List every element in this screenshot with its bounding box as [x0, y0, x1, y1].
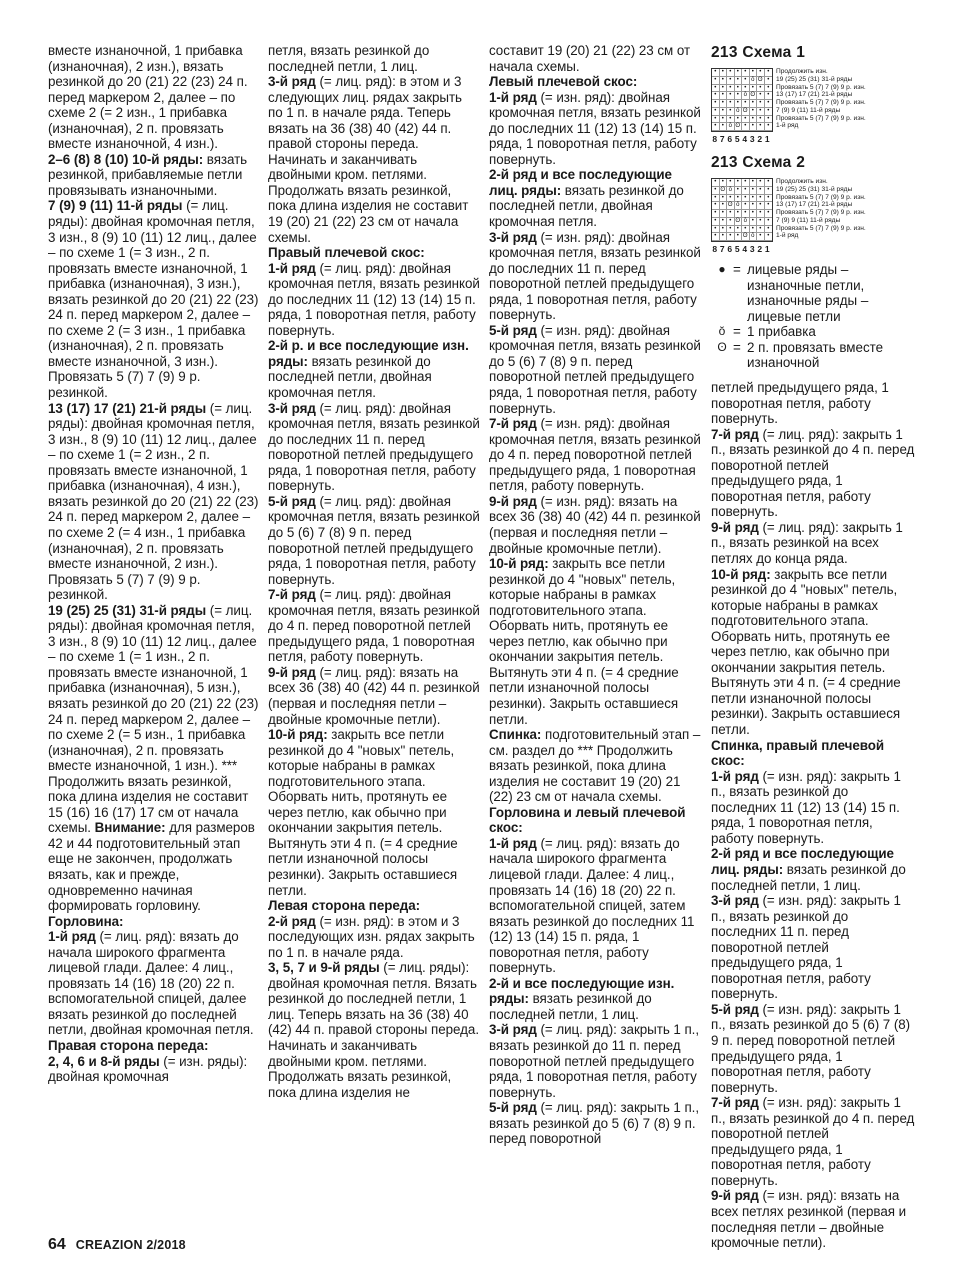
paragraph: петлей предыдущего ряда, 1 поворотная пе…	[711, 380, 916, 427]
purl-two-together-icon: ʘ	[735, 218, 743, 226]
dot-icon: •	[735, 179, 743, 187]
knitting-chart-2: 213 Схема 2 •••••••••ʘŏ•••••••••••••••ʘŏ…	[711, 154, 926, 254]
dot-icon: •	[735, 233, 743, 241]
purl-two-together-icon: ʘ	[735, 123, 743, 131]
dot-icon: •	[727, 85, 735, 93]
chart-column-numbers: 87654321	[711, 134, 926, 144]
body-text: Начинать и заканчивать двойными кром. пе…	[268, 1038, 451, 1100]
bold-heading: 3-й ряд	[489, 1022, 537, 1037]
dot-icon: •	[750, 195, 758, 203]
paragraph: Спинка, правый плечевой скос:	[711, 738, 916, 769]
increase-icon: ŏ	[711, 324, 733, 340]
column-number: 6	[726, 244, 734, 254]
dot-icon: •	[720, 195, 728, 203]
legend-text: 2 п. провязать вместе изнаночной	[747, 340, 921, 371]
purl-two-together-icon: ʘ	[720, 187, 728, 195]
column-number: 2	[756, 244, 764, 254]
text-column-3: составит 19 (20) 21 (22) 23 см от начала…	[489, 43, 701, 1147]
dot-icon: •	[765, 202, 773, 210]
dot-icon: •	[742, 116, 750, 124]
dot-icon: •	[712, 226, 720, 234]
paragraph: 10-й ряд: закрыть все петли резинкой до …	[489, 556, 701, 727]
bold-heading: Горловина и левый плечевой скос:	[489, 805, 685, 836]
paragraph: 19 (25) 25 (31) 31-й ряды (= лиц. ряды):…	[48, 603, 260, 914]
dot-icon: •	[720, 179, 728, 187]
bold-heading: 5-й ряд	[489, 323, 537, 338]
dot-icon: •	[727, 195, 735, 203]
chart-row-label: 13 (17) 17 (21) 21-й ряды	[776, 201, 866, 209]
dot-icon: •	[735, 210, 743, 218]
paragraph: 5-й ряд (= лиц. ряд): закрыть 1 п., вяза…	[489, 1100, 701, 1147]
bold-heading: Горловина:	[48, 914, 123, 929]
page-number: 64	[48, 1236, 66, 1254]
dot-icon: •	[765, 108, 773, 116]
bold-heading: 7-й ряд	[489, 416, 537, 431]
paragraph: 3-й ряд (= лиц. ряд): закрыть 1 п., вяза…	[489, 1022, 701, 1100]
dot-icon: •	[735, 85, 743, 93]
text-column-1: вместе изнаночной, 1 прибавка (изнаночна…	[48, 43, 260, 1085]
dot-icon: •	[757, 123, 765, 131]
paragraph: петля, вязать резинкой до последней петл…	[268, 43, 480, 74]
dot-icon: •	[757, 233, 765, 241]
column-number: 4	[741, 244, 749, 254]
chart-title: 213 Схема 2	[711, 154, 926, 172]
dot-icon: •	[750, 85, 758, 93]
purl-two-together-icon: ʘ	[742, 108, 750, 116]
paragraph: Правая сторона переда:	[48, 1038, 260, 1054]
dot-icon: •	[712, 108, 720, 116]
dot-icon: •	[727, 108, 735, 116]
bold-heading: 1-й ряд	[489, 90, 537, 105]
dot-icon: •	[727, 92, 735, 100]
chart-column-numbers: 87654321	[711, 244, 926, 254]
paragraph: 3-й ряд (= изн. ряд): закрыть 1 п., вяза…	[711, 893, 916, 1002]
dot-icon: •	[720, 233, 728, 241]
paragraph: 2-й ряд и все последующие лиц. ряды: вяз…	[711, 846, 916, 893]
body-text: петля, вязать резинкой до последней петл…	[268, 43, 429, 74]
text-column-4: петлей предыдущего ряда, 1 поворотная пе…	[711, 380, 916, 1251]
bold-heading: 3, 5, 7 и 9-й ряды	[268, 960, 380, 975]
dot-icon: •	[757, 179, 765, 187]
paragraph: Начинать и заканчивать двойными кром. пе…	[268, 1038, 480, 1100]
dot-icon: •	[712, 85, 720, 93]
dot-icon: •	[757, 226, 765, 234]
dot-icon: •	[765, 195, 773, 203]
chart-row-label: 7 (9) 9 (11) 11-й ряды	[776, 107, 866, 115]
paragraph: 1-й ряд (= лиц. ряд): двойная кромочная …	[268, 261, 480, 339]
equals-sign: =	[733, 262, 747, 324]
dot-icon: •	[712, 187, 720, 195]
chart-row-label: 19 (25) 25 (31) 31-й ряды	[776, 76, 866, 84]
column-number: 5	[734, 134, 742, 144]
purl-two-together-icon: ʘ	[742, 233, 750, 241]
dot-icon: •	[750, 202, 758, 210]
paragraph: Левый плечевой скос:	[489, 74, 701, 90]
paragraph: 1-й ряд (= лиц. ряд): вязать до начала ш…	[48, 929, 260, 1038]
bold-heading: 7-й ряд	[711, 1095, 759, 1110]
chart-row-label: Продолжить изн.	[776, 68, 866, 76]
bold-heading: 2, 4, 6 и 8-й ряды	[48, 1054, 160, 1069]
equals-sign: =	[733, 324, 747, 340]
dot-icon: •	[742, 77, 750, 85]
paragraph: 7-й ряд (= лиц. ряд): двойная кромочная …	[268, 587, 480, 665]
legend-item: ŏ = 1 прибавка	[711, 324, 921, 340]
dot-icon: •	[742, 187, 750, 195]
dot-icon: •	[765, 218, 773, 226]
paragraph: 10-й ряд: закрыть все петли резинкой до …	[711, 567, 916, 738]
dot-icon: •	[712, 179, 720, 187]
paragraph: 9-й ряд (= лиц. ряд): вязать на всех 36 …	[268, 665, 480, 727]
dot-icon: •	[720, 116, 728, 124]
dot-icon: •	[712, 218, 720, 226]
dot-icon: •	[712, 77, 720, 85]
dot-icon: •	[735, 187, 743, 195]
body-text: (= лиц. ряды): двойная кромочная петля, …	[48, 401, 258, 571]
column-number: 7	[719, 244, 727, 254]
increase-icon: ŏ	[727, 187, 735, 195]
body-text: закрыть все петли резинкой до 4 "новых" …	[489, 556, 679, 726]
paragraph: Провязать 5 (7) 7 (9) 9 р. резинкой.	[48, 572, 260, 603]
dot-icon: •	[720, 218, 728, 226]
legend-item: ● = лицевые ряды – изнаночные петли, изн…	[711, 262, 921, 324]
paragraph: 13 (17) 17 (21) 21-й ряды (= лиц. ряды):…	[48, 401, 260, 572]
paragraph: 3-й ряд (= лиц. ряд): в этом и 3 следующ…	[268, 74, 480, 152]
dot-icon: •	[742, 69, 750, 77]
bold-heading: 7-й ряд	[268, 587, 316, 602]
dot-icon: •	[712, 210, 720, 218]
bold-heading: 1-й ряд	[48, 929, 96, 944]
paragraph: 2-й и все последующие изн. ряды: вязать …	[489, 976, 701, 1023]
dot-icon: •	[742, 195, 750, 203]
dot-icon: •	[757, 202, 765, 210]
column-number: 5	[734, 244, 742, 254]
bold-heading: Спинка, правый плечевой скос:	[711, 738, 884, 769]
body-text: (= лиц. ряды): двойная кромочная петля, …	[48, 198, 258, 368]
legend-item: ʘ = 2 п. провязать вместе изнаночной	[711, 340, 921, 371]
dot-icon: •	[757, 187, 765, 195]
dot-icon: •	[735, 69, 743, 77]
dot-icon: •	[750, 210, 758, 218]
paragraph: 2–6 (8) 8 (10) 10-й ряды: вязать резинко…	[48, 152, 260, 199]
bold-heading: Правый плечевой скос:	[268, 245, 425, 260]
paragraph: 3-й ряд (= лиц. ряд): двойная кромочная …	[268, 401, 480, 494]
dot-icon: •	[735, 116, 743, 124]
paragraph: Правый плечевой скос:	[268, 245, 480, 261]
body-text: (= изн. ряд): закрыть 1 п., вязать резин…	[711, 893, 901, 1001]
bold-heading: 1-й ряд	[711, 769, 759, 784]
body-text: Провязать 5 (7) 7 (9) 9 р. резинкой.	[48, 369, 200, 400]
paragraph: 9-й ряд (= изн. ряд): вязать на всех 36 …	[489, 494, 701, 556]
dot-icon: •	[712, 233, 720, 241]
legend-text: 1 прибавка	[747, 324, 921, 340]
dot-icon: •	[720, 202, 728, 210]
increase-icon: ŏ	[742, 92, 750, 100]
dot-icon: •	[757, 92, 765, 100]
bold-heading: 10-й ряд:	[711, 567, 771, 582]
text-column-2: петля, вязать резинкой до последней петл…	[268, 43, 480, 1100]
dot-icon: •	[757, 108, 765, 116]
dot-icon: ●	[711, 262, 733, 324]
dot-icon: •	[712, 92, 720, 100]
chart-row-label: Провязать 5 (7) 7 (9) 9 р. изн.	[776, 99, 866, 107]
dot-icon: •	[735, 77, 743, 85]
bold-heading: Спинка:	[489, 727, 541, 742]
dot-icon: •	[765, 85, 773, 93]
column-number: 7	[719, 134, 727, 144]
chart-row-labels: Продолжить изн.19 (25) 25 (31) 31-й ряды…	[776, 68, 866, 132]
paragraph: вместе изнаночной, 1 прибавка (изнаночна…	[48, 43, 260, 152]
paragraph: 2, 4, 6 и 8-й ряды (= изн. ряды): двойна…	[48, 1054, 260, 1085]
dot-icon: •	[750, 187, 758, 195]
column-number: 3	[749, 244, 757, 254]
dot-icon: •	[742, 85, 750, 93]
bold-heading: 5-й ряд	[268, 494, 316, 509]
bold-heading: 3-й ряд	[489, 230, 537, 245]
page-footer: 64 CREAZION 2/2018	[48, 1236, 186, 1254]
bold-heading: 9-й ряд	[711, 1188, 759, 1203]
dot-icon: •	[720, 92, 728, 100]
purl-two-together-icon: ʘ	[727, 202, 735, 210]
bold-heading: 2–6 (8) 8 (10) 10-й ряды:	[48, 152, 203, 167]
dot-icon: •	[727, 100, 735, 108]
bold-heading: 7-й ряд	[711, 427, 759, 442]
paragraph: 5-й ряд (= изн. ряд): двойная кромочная …	[489, 323, 701, 416]
column-number: 8	[711, 134, 719, 144]
chart-row-labels: Продолжить изн.19 (25) 25 (31) 31-й ряды…	[776, 178, 866, 242]
dot-icon: •	[727, 226, 735, 234]
dot-icon: •	[765, 210, 773, 218]
dot-icon: •	[750, 123, 758, 131]
magazine-issue: CREAZION 2/2018	[76, 1238, 186, 1252]
dot-icon: •	[750, 100, 758, 108]
chart-title: 213 Схема 1	[711, 44, 926, 62]
chart-row-label: Провязать 5 (7) 7 (9) 9 р. изн.	[776, 209, 866, 217]
column-number: 6	[726, 134, 734, 144]
paragraph: 7 (9) 9 (11) 11-й ряды (= лиц. ряды): дв…	[48, 198, 260, 369]
dot-icon: •	[735, 226, 743, 234]
increase-icon: ŏ	[750, 77, 758, 85]
increase-icon: ŏ	[735, 202, 743, 210]
bold-heading: Внимание:	[95, 820, 166, 835]
paragraph: 1-й ряд (= лиц. ряд): вязать до начала ш…	[489, 836, 701, 976]
paragraph: Горловина и левый плечевой скос:	[489, 805, 701, 836]
column-number: 2	[756, 134, 764, 144]
increase-icon: ŏ	[750, 233, 758, 241]
chart-row-label: 13 (17) 17 (21) 21-й ряды	[776, 91, 866, 99]
dot-icon: •	[727, 69, 735, 77]
dot-icon: •	[750, 179, 758, 187]
magazine-page: вместе изнаночной, 1 прибавка (изнаночна…	[0, 0, 960, 1279]
paragraph: 3-й ряд (= изн. ряд): двойная кромочная …	[489, 230, 701, 323]
dot-icon: •	[750, 116, 758, 124]
paragraph: Левая сторона переда:	[268, 898, 480, 914]
dot-icon: •	[712, 195, 720, 203]
dot-icon: •	[720, 69, 728, 77]
dot-icon: •	[765, 100, 773, 108]
body-text: (= лиц. ряды): двойная кромочная петля, …	[48, 603, 258, 836]
increase-icon: ŏ	[742, 218, 750, 226]
bold-heading: Правая сторона переда:	[48, 1038, 208, 1053]
paragraph: 1-й ряд (= изн. ряд): закрыть 1 п., вяза…	[711, 769, 916, 847]
purl-two-together-icon: ʘ	[711, 340, 733, 371]
paragraph: 2-й ряд (= изн. ряд): в этом и 3 последу…	[268, 914, 480, 961]
dot-icon: •	[750, 218, 758, 226]
body-text: составит 19 (20) 21 (22) 23 см от начала…	[489, 43, 690, 74]
dot-icon: •	[742, 202, 750, 210]
dot-icon: •	[765, 187, 773, 195]
body-text: петлей предыдущего ряда, 1 поворотная пе…	[711, 380, 889, 426]
chart-row-label: Продолжить изн.	[776, 178, 866, 186]
dot-icon: •	[727, 233, 735, 241]
bold-heading: 9-й ряд	[268, 665, 316, 680]
bold-heading: 10-й ряд:	[489, 556, 549, 571]
chart-row-label: 1-й ряд	[776, 232, 866, 240]
bold-heading: Левый плечевой скос:	[489, 74, 637, 89]
paragraph: 10-й ряд: закрыть все петли резинкой до …	[268, 727, 480, 898]
dot-icon: •	[757, 218, 765, 226]
dot-icon: •	[757, 195, 765, 203]
dot-icon: •	[735, 92, 743, 100]
dot-icon: •	[720, 108, 728, 116]
body-text: (= лиц. ряд): вязать до начала широкого …	[48, 929, 254, 1037]
dot-icon: •	[757, 85, 765, 93]
knitting-chart-1: 213 Схема 1 •••••••••••••ŏʘ•••••••••••••…	[711, 44, 926, 144]
column-number: 1	[764, 134, 772, 144]
body-text: (= лиц. ряд): вязать до начала широкого …	[489, 836, 694, 975]
bold-heading: 19 (25) 25 (31) 31-й ряды	[48, 603, 206, 618]
chart-legend: ● = лицевые ряды – изнаночные петли, изн…	[711, 262, 921, 371]
dot-icon: •	[712, 69, 720, 77]
dot-icon: •	[712, 116, 720, 124]
column-number: 4	[741, 134, 749, 144]
dot-icon: •	[742, 123, 750, 131]
paragraph: 5-й ряд (= изн. ряд): закрыть 1 п., вяза…	[711, 1002, 916, 1095]
bold-heading: 3-й ряд	[711, 893, 759, 908]
body-text: Провязать 5 (7) 7 (9) 9 р. резинкой.	[48, 572, 200, 603]
paragraph: Начинать и заканчивать двойными кром. пе…	[268, 152, 480, 245]
paragraph: составит 19 (20) 21 (22) 23 см от начала…	[489, 43, 701, 74]
dot-icon: •	[727, 116, 735, 124]
dot-icon: •	[750, 108, 758, 116]
dot-icon: •	[750, 69, 758, 77]
legend-text: лицевые ряды – изнаночные петли, изнаноч…	[747, 262, 921, 324]
paragraph: 2-й ряд и все последующие лиц. ряды: вяз…	[489, 167, 701, 229]
dot-icon: •	[765, 69, 773, 77]
dot-icon: •	[742, 226, 750, 234]
dot-icon: •	[735, 100, 743, 108]
bold-heading: 13 (17) 17 (21) 21-й ряды	[48, 401, 206, 416]
bold-heading: 9-й ряд	[489, 494, 537, 509]
paragraph: Спинка: подготовительный этап – см. разд…	[489, 727, 701, 805]
dot-icon: •	[757, 210, 765, 218]
bold-heading: 2-й ряд	[268, 914, 316, 929]
dot-icon: •	[742, 210, 750, 218]
increase-icon: ŏ	[735, 108, 743, 116]
dot-icon: •	[720, 123, 728, 131]
paragraph: Провязать 5 (7) 7 (9) 9 р. резинкой.	[48, 369, 260, 400]
dot-icon: •	[720, 210, 728, 218]
purl-two-together-icon: ʘ	[750, 92, 758, 100]
dot-icon: •	[712, 202, 720, 210]
bold-heading: 1-й ряд	[489, 836, 537, 851]
dot-icon: •	[757, 100, 765, 108]
increase-icon: ŏ	[727, 123, 735, 131]
dot-icon: •	[742, 179, 750, 187]
equals-sign: =	[733, 340, 747, 371]
dot-icon: •	[712, 123, 720, 131]
chart-row-label: 19 (25) 25 (31) 31-й ряды	[776, 186, 866, 194]
dot-icon: •	[735, 195, 743, 203]
purl-two-together-icon: ʘ	[757, 77, 765, 85]
dot-icon: •	[757, 69, 765, 77]
dot-icon: •	[765, 116, 773, 124]
body-text: вместе изнаночной, 1 прибавка (изнаночна…	[48, 43, 248, 151]
paragraph: 1-й ряд (= изн. ряд): двойная кромочная …	[489, 90, 701, 168]
dot-icon: •	[727, 179, 735, 187]
bold-heading: 9-й ряд	[711, 520, 759, 535]
body-text: закрыть все петли резинкой до 4 "новых" …	[268, 727, 458, 897]
dot-icon: •	[765, 77, 773, 85]
dot-icon: •	[720, 77, 728, 85]
paragraph: 7-й ряд (= изн. ряд): закрыть 1 п., вяза…	[711, 1095, 916, 1188]
bold-heading: 3-й ряд	[268, 74, 316, 89]
dot-icon: •	[765, 233, 773, 241]
dot-icon: •	[765, 92, 773, 100]
paragraph: 7-й ряд (= лиц. ряд): закрыть 1 п., вяза…	[711, 427, 916, 520]
dot-icon: •	[720, 85, 728, 93]
dot-icon: •	[765, 226, 773, 234]
dot-icon: •	[757, 116, 765, 124]
bold-heading: 5-й ряд	[489, 1100, 537, 1115]
dot-icon: •	[712, 100, 720, 108]
body-text: Начинать и заканчивать двойными кром. пе…	[268, 152, 468, 245]
dot-icon: •	[727, 77, 735, 85]
bold-heading: 1-й ряд	[268, 261, 316, 276]
paragraph: 7-й ряд (= изн. ряд): двойная кромочная …	[489, 416, 701, 494]
dot-icon: •	[727, 210, 735, 218]
paragraph: Горловина:	[48, 914, 260, 930]
dot-icon: •	[750, 226, 758, 234]
bold-heading: 7 (9) 9 (11) 11-й ряды	[48, 198, 182, 213]
dot-icon: •	[765, 179, 773, 187]
dot-icon: •	[742, 100, 750, 108]
dot-icon: •	[727, 218, 735, 226]
column-number: 1	[764, 244, 772, 254]
bold-heading: Левая сторона переда:	[268, 898, 420, 913]
paragraph: 2-й р. и все последующие изн. ряды: вяза…	[268, 338, 480, 400]
bold-heading: 3-й ряд	[268, 401, 316, 416]
column-number: 3	[749, 134, 757, 144]
column-number: 8	[711, 244, 719, 254]
paragraph: 9-й ряд (= лиц. ряд): закрыть 1 п., вяза…	[711, 520, 916, 567]
paragraph: 5-й ряд (= лиц. ряд): двойная кромочная …	[268, 494, 480, 587]
paragraph: 3, 5, 7 и 9-й ряды (= лиц. ряды): двойна…	[268, 960, 480, 1038]
chart-row-label: 1-й ряд	[776, 122, 866, 130]
paragraph: 9-й ряд (= изн. ряд): вязать на всех пет…	[711, 1188, 916, 1250]
bold-heading: 5-й ряд	[711, 1002, 759, 1017]
dot-icon: •	[720, 226, 728, 234]
dot-icon: •	[720, 100, 728, 108]
dot-icon: •	[765, 123, 773, 131]
body-text: закрыть все петли резинкой до 4 "новых" …	[711, 567, 901, 737]
chart-grid: •••••••••••••ŏʘ•••••••••••••ŏʘ••••••••••…	[711, 68, 773, 132]
chart-row-label: 7 (9) 9 (11) 11-й ряды	[776, 217, 866, 225]
bold-heading: 10-й ряд:	[268, 727, 328, 742]
chart-grid: •••••••••ʘŏ•••••••••••••••ʘŏ••••••••••••…	[711, 178, 773, 242]
